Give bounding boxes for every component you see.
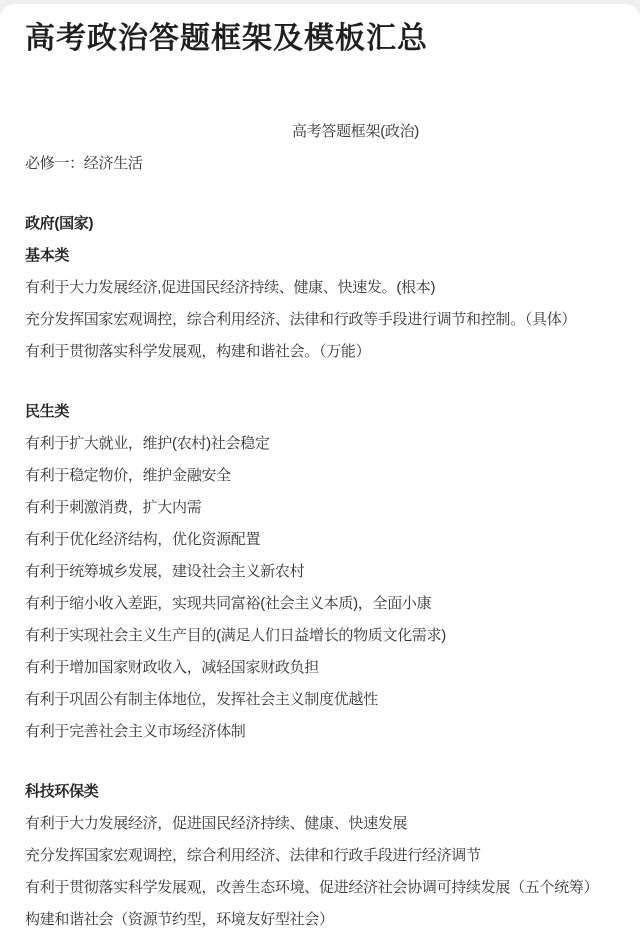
answer-line: 有利于扩大就业，维护(农村)社会稳定: [25, 428, 615, 460]
answer-line: 有利于贯彻落实科学发展观，构建和谐社会。（万能）: [25, 336, 615, 368]
answer-line: 有利于刺激消费，扩大内需: [25, 492, 615, 524]
answer-line: 有利于实现社会主义生产目的(满足人们日益增长的物质文化需求): [25, 620, 615, 652]
section-heading-livelihood: 民生类: [25, 396, 615, 428]
course-label: 必修一：经济生活: [25, 148, 615, 180]
document-page: 高考政治答题框架及模板汇总 高考答题框架(政治) 必修一：经济生活 政府(国家)…: [0, 4, 640, 948]
page-title: 高考政治答题框架及模板汇总: [25, 18, 615, 60]
answer-line: 有利于巩固公有制主体地位，发挥社会主义制度优越性: [25, 684, 615, 716]
answer-line: 充分发挥国家宏观调控，综合利用经济、法律和行政等手段进行调节和控制。（具体）: [25, 304, 615, 336]
answer-line: 有利于大力发展经济，促进国民经济持续、健康、快速发展: [25, 808, 615, 840]
answer-line: 有利于贯彻落实科学发展观，改善生态环境、促进经济社会协调可持续发展（五个统筹）: [25, 872, 615, 904]
doc-subtitle: 高考答题框架(政治): [25, 116, 615, 148]
answer-line: 有利于缩小收入差距，实现共同富裕(社会主义本质)，全面小康: [25, 588, 615, 620]
group-heading-government: 政府(国家): [25, 208, 615, 240]
answer-line: 有利于稳定物价，维护金融安全: [25, 460, 615, 492]
answer-line: 构建和谐社会（资源节约型，环境友好型社会）: [25, 904, 615, 936]
answer-line: 有利于增加国家财政收入，减轻国家财政负担: [25, 652, 615, 684]
answer-line: 有利于大力发展经济,促进国民经济持续、健康、快速发。(根本): [25, 272, 615, 304]
answer-line: 有利于完善社会主义市场经济体制: [25, 716, 615, 748]
answer-line: 有利于统筹城乡发展，建设社会主义新农村: [25, 556, 615, 588]
answer-line: 充分发挥国家宏观调控，综合利用经济、法律和行政手段进行经济调节: [25, 840, 615, 872]
answer-line: 有利于优化经济结构，优化资源配置: [25, 524, 615, 556]
section-heading-tech-environment: 科技环保类: [25, 776, 615, 808]
section-heading-basic: 基本类: [25, 240, 615, 272]
